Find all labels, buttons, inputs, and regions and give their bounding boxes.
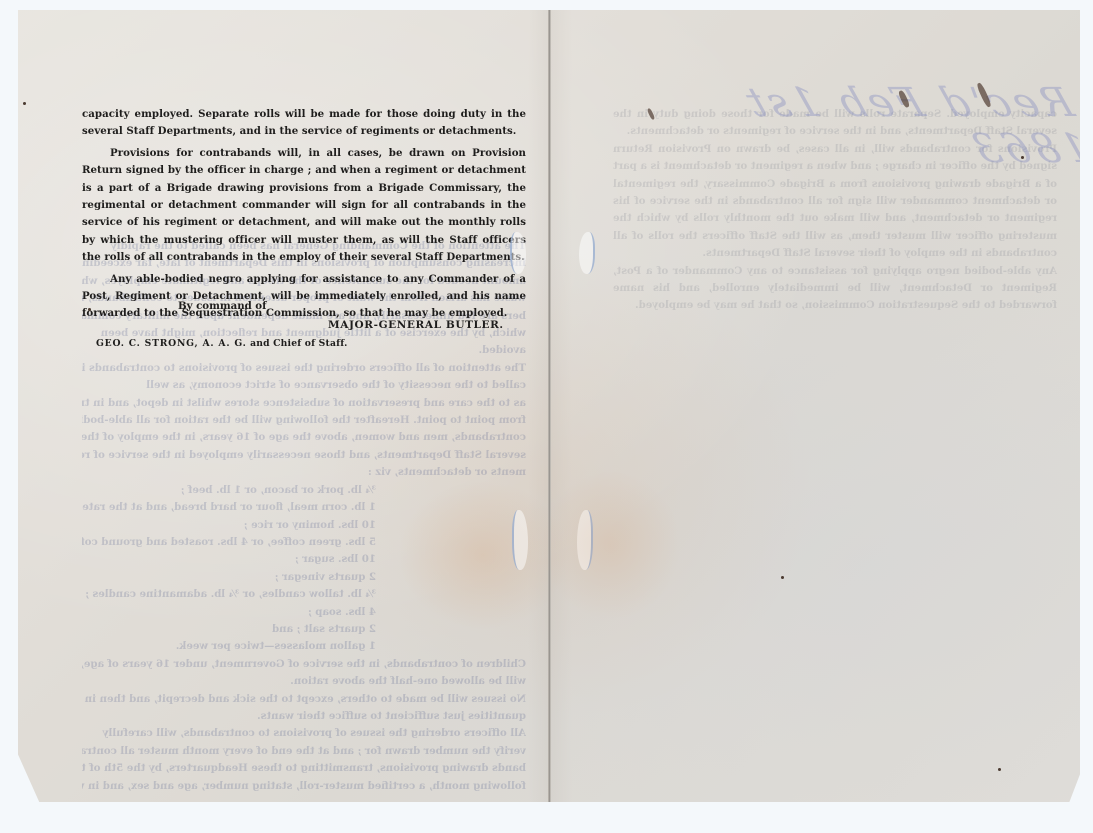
bleed-line: ments or detachments, viz : <box>82 464 526 481</box>
water-stain <box>541 470 681 620</box>
printed-order-body: capacity employed. Separate rolls will b… <box>82 106 526 323</box>
bleed-line: verify the number drawn for ; and at the… <box>82 743 526 760</box>
bleed-line: Children of contrabands, in the service … <box>82 656 526 673</box>
bleed-line: called to the necessity of the observanc… <box>82 377 526 394</box>
staple-tear-mark <box>579 232 595 274</box>
bleed-line: as to the care and preservation of subsi… <box>82 395 526 412</box>
bleed-line: will be allowed one-half the above ratio… <box>82 673 526 690</box>
ink-speck <box>23 102 26 105</box>
bleed-line: following month, a certified muster-roll… <box>82 778 526 795</box>
general-name: MAJOR-GENERAL BUTLER. <box>328 319 504 331</box>
ink-speck <box>88 308 91 311</box>
bleed-line: All officers ordering the issues of prov… <box>82 725 526 742</box>
bleed-line: from point to point. Hereafter the follo… <box>82 412 526 429</box>
paragraph-1: capacity employed. Separate rolls will b… <box>82 106 526 141</box>
bleed-line: quantities just sufficient to suffice th… <box>82 708 526 725</box>
bleed-line: 1 gallon molasses—twice per week. <box>82 638 526 655</box>
officer-name: GEO. C. STRONG, A. A. G. <box>96 338 247 349</box>
paragraph-3: Any able-bodied negro applying for assis… <box>82 271 526 323</box>
by-command-line: By command of <box>178 300 267 312</box>
bleed-line: The attention of all officers ordering t… <box>82 360 526 377</box>
staple-tear-mark <box>510 232 526 274</box>
bleed-paragraph: Any able-bodied negro applying for assis… <box>613 263 1057 315</box>
bleed-line: No issues will be made to others, except… <box>82 691 526 708</box>
chief-of-staff-line: GEO. C. STRONG, A. A. G. and Chief of St… <box>96 338 347 349</box>
bleed-line: contrabands, men and women, above the ag… <box>82 429 526 446</box>
document-sheet: The attention of the Commanding General … <box>18 10 1080 802</box>
bleed-line: bands drawing provisions, transmitting t… <box>82 760 526 777</box>
officer-title: and Chief of Staff. <box>250 338 347 349</box>
ink-speck <box>781 576 784 579</box>
ink-speck <box>998 768 1001 771</box>
paragraph-2: Provisions for contrabands will, in all … <box>82 145 526 267</box>
ink-speck <box>1021 156 1024 159</box>
right-page: capacity employed. Separate rolls will b… <box>551 10 1080 802</box>
left-page: The attention of the Commanding General … <box>18 10 548 802</box>
bleed-line: several Staff Departments, and those nec… <box>82 447 526 464</box>
